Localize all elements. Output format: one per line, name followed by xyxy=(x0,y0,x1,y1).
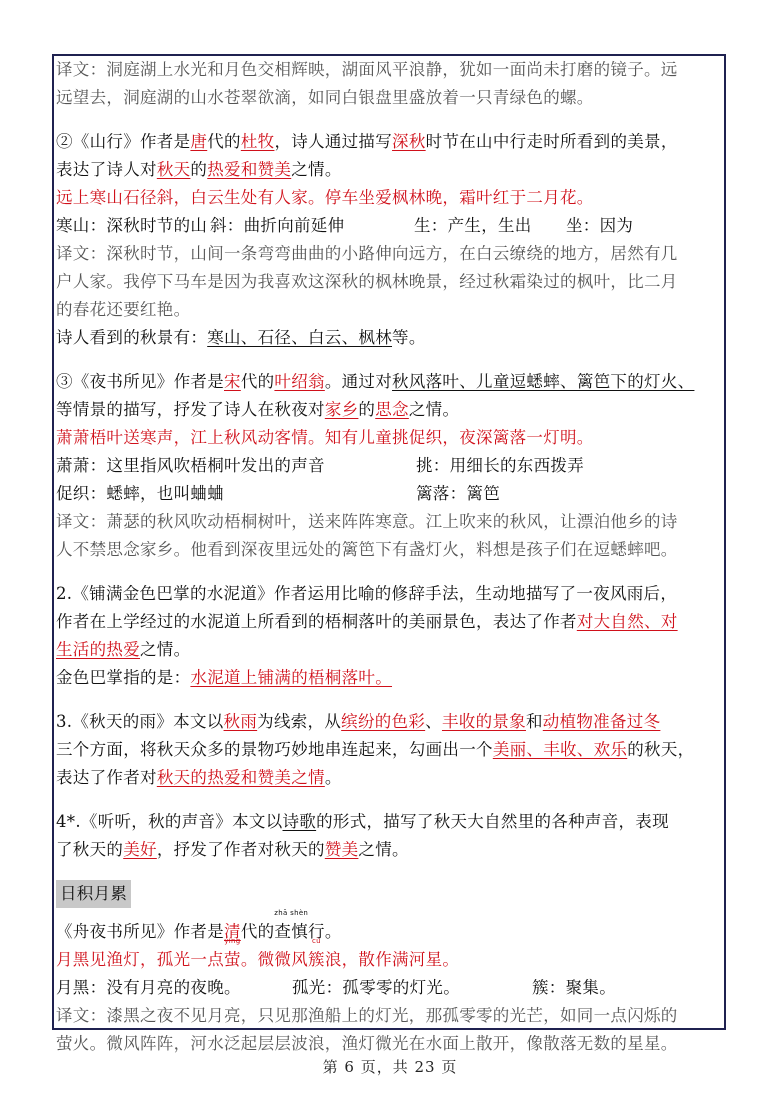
season: 深秋 xyxy=(392,132,426,151)
poem-text: 远上寒山石径斜，白云生处有人家。停车坐爱枫林晚，霜叶红于二月花。 xyxy=(56,184,726,212)
glossary-item: 月黑：没有月亮的夜晚。 xyxy=(56,974,292,1002)
shanxing-intro-line2: 表达了诗人对秋天的热爱和赞美之情。 xyxy=(56,156,726,184)
aspect: 缤纷的色彩 xyxy=(341,712,425,731)
translation-line: 译文：洞庭湖上水光和月色交相辉映，湖面风平浪静，犹如一面尚未打磨的镜子。远 xyxy=(56,56,726,84)
glossary-row: 萧萧：这里指风吹梧桐叶发出的声音挑：用细长的东西拨弄 xyxy=(56,452,726,480)
pinyin-annotation: zhā shèn xyxy=(274,909,308,917)
section4-line1: 4*.《听听，秋的声音》本文以诗歌的形式，描写了秋天大自然里的各种声音，表现 xyxy=(56,808,726,836)
translation-line: 译文：萧瑟的秋风吹动梧桐树叶，送来阵阵寒意。江上吹来的秋风，让漂泊他乡的诗 xyxy=(56,508,726,536)
yeshu-intro-line2: 等情景的描写，抒发了诗人在秋夜对家乡的思念之情。 xyxy=(56,396,726,424)
dynasty: 唐 xyxy=(190,132,207,151)
glossary-item: 篱落：篱笆 xyxy=(416,480,500,508)
section4-line2: 了秋天的美好，抒发了作者对秋天的赞美之情。 xyxy=(56,836,726,864)
section2-line1: 2.《铺满金色巴掌的水泥道》作者运用比喻的修辞手法，生动地描写了一夜风雨后， xyxy=(56,580,726,608)
glossary-item: 促织：蟋蟀，也叫蛐蛐 xyxy=(56,480,416,508)
beauty: 美好 xyxy=(123,840,157,859)
scenes: 秋风落叶、儿童逗蟋蟀、篱笆下的灯火、 xyxy=(392,372,694,391)
adjectives: 美丽、丰收、欢乐 xyxy=(493,740,627,759)
shanxing-intro-line1: ②《山行》作者是唐代的杜牧，诗人通过描写深秋时节在山中行走时所看到的美景， xyxy=(56,128,726,156)
praise: 赞美 xyxy=(325,840,359,859)
section3-line3: 表达了作者对秋天的热爱和赞美之情。 xyxy=(56,764,726,792)
translation-line: 译文：深秋时节，山间一条弯弯曲曲的小路伸向远方，在白云缭绕的地方，居然有几 xyxy=(56,240,726,268)
glossary-item: 孤光：孤零零的灯光。 xyxy=(292,974,532,1002)
glossary-row: 月黑：没有月亮的夜晚。孤光：孤零零的灯光。簇：聚集。 xyxy=(56,974,726,1002)
yeshu-intro-line1: ③《夜书所见》作者是宋代的叶绍翁。通过对秋风落叶、儿童逗蟋蟀、篱笆下的灯火、 xyxy=(56,368,726,396)
glossary-item: 生：产生，生出 xyxy=(386,212,554,240)
author: 杜牧 xyxy=(241,132,275,151)
section-tag: 日积月累 xyxy=(56,880,131,908)
pinyin-annotation: yíng xyxy=(224,937,240,945)
emotion: 对大自然、对 xyxy=(577,612,678,631)
glossary-item: 坐：因为 xyxy=(554,212,633,240)
scenery-line: 诗人看到的秋景有：寒山、石径、白云、枫林等。 xyxy=(56,324,726,352)
form: 诗歌 xyxy=(283,812,317,831)
section2-line2: 作者在上学经过的水泥道上所看到的梧桐落叶的美丽景色，表达了作者对大自然、对 xyxy=(56,608,726,636)
poem-text: 月黑见渔灯，孤光一点yíng萤。微微风cù簇浪，散作满河星。 xyxy=(56,946,726,974)
glossary-item: 寒山：深秋时节的山 xyxy=(56,212,204,240)
glossary-row: 寒山：深秋时节的山斜：曲折向前延伸生：产生，生出坐：因为 xyxy=(56,212,726,240)
section3-line1: 3.《秋天的雨》本文以秋雨为线索，从缤纷的色彩、丰收的景象和动植物准备过冬 xyxy=(56,708,726,736)
answer: 水泥道上铺满的梧桐落叶。 xyxy=(190,668,392,687)
emotion: 秋天的热爱和赞美之情 xyxy=(157,768,325,787)
section-tag-line: 日积月累 xyxy=(56,880,726,908)
object: 秋天 xyxy=(157,160,191,179)
glossary-item: 簇：聚集。 xyxy=(532,974,616,1002)
aspect: 丰收的景象 xyxy=(442,712,526,731)
author-with-pinyin: zhā shèn查 xyxy=(274,918,291,946)
glossary-item: 挑：用细长的东西拨弄 xyxy=(416,452,584,480)
glossary-item: 斜：曲折向前延伸 xyxy=(204,212,386,240)
section2-question: 金色巴掌指的是：水泥道上铺满的梧桐落叶。 xyxy=(56,664,726,692)
emotion: 思念 xyxy=(375,400,409,419)
glossary-row: 促织：蟋蟀，也叫蛐蛐篱落：篱笆 xyxy=(56,480,726,508)
translation-line: 人不禁思念家乡。他看到深夜里远处的篱笆下有盏灯火，料想是孩子们在逗蟋蟀吧。 xyxy=(56,536,726,564)
section3-line2: 三个方面，将秋天众多的景物巧妙地串连起来，勾画出一个美丽、丰收、欢乐的秋天， xyxy=(56,736,726,764)
translation-line: 的春花还要红艳。 xyxy=(56,296,726,324)
emotion: 生活的热爱 xyxy=(56,640,140,659)
clue: 秋雨 xyxy=(224,712,258,731)
document-body: 译文：洞庭湖上水光和月色交相辉映，湖面风平浪静，犹如一面尚未打磨的镜子。远 远望… xyxy=(56,56,726,1058)
scenery-answer: 寒山、石径、白云、枫林 xyxy=(207,328,392,347)
glossary-item: 萧萧：这里指风吹梧桐叶发出的声音 xyxy=(56,452,416,480)
object: 家乡 xyxy=(325,400,359,419)
pinyin-annotation: cù xyxy=(312,937,321,945)
section2-line3: 生活的热爱之情。 xyxy=(56,636,726,664)
translation-line: 萤火。微风阵阵，河水泛起层层波浪，渔灯微光在水面上散开，像散落无数的星星。 xyxy=(56,1030,726,1058)
aspect: 动植物准备过冬 xyxy=(543,712,661,731)
poem-text: 萧萧梧叶送寒声，江上秋风动客情。知有儿童挑促织，夜深篱落一灯明。 xyxy=(56,424,726,452)
translation-line: 户人家。我停下马车是因为我喜欢这深秋的枫林晚景，经过秋霜染过的枫叶，比二月 xyxy=(56,268,726,296)
page-number-footer: 第 6 页，共 23 页 xyxy=(0,1056,780,1077)
zhouye-intro: 《舟夜书所见》作者是清代的zhā shèn查慎行。 xyxy=(56,918,726,946)
translation-line: 译文：漆黑之夜不见月亮，只见那渔船上的灯光，那孤零零的光芒，如同一点闪烁的 xyxy=(56,1002,726,1030)
translation-line: 远望去，洞庭湖的山水苍翠欲滴，如同白银盘里盛放着一只青绿色的螺。 xyxy=(56,84,726,112)
dynasty: 宋 xyxy=(224,372,241,391)
emotion: 热爱和赞美 xyxy=(207,160,291,179)
author: 叶绍翁 xyxy=(274,372,324,391)
